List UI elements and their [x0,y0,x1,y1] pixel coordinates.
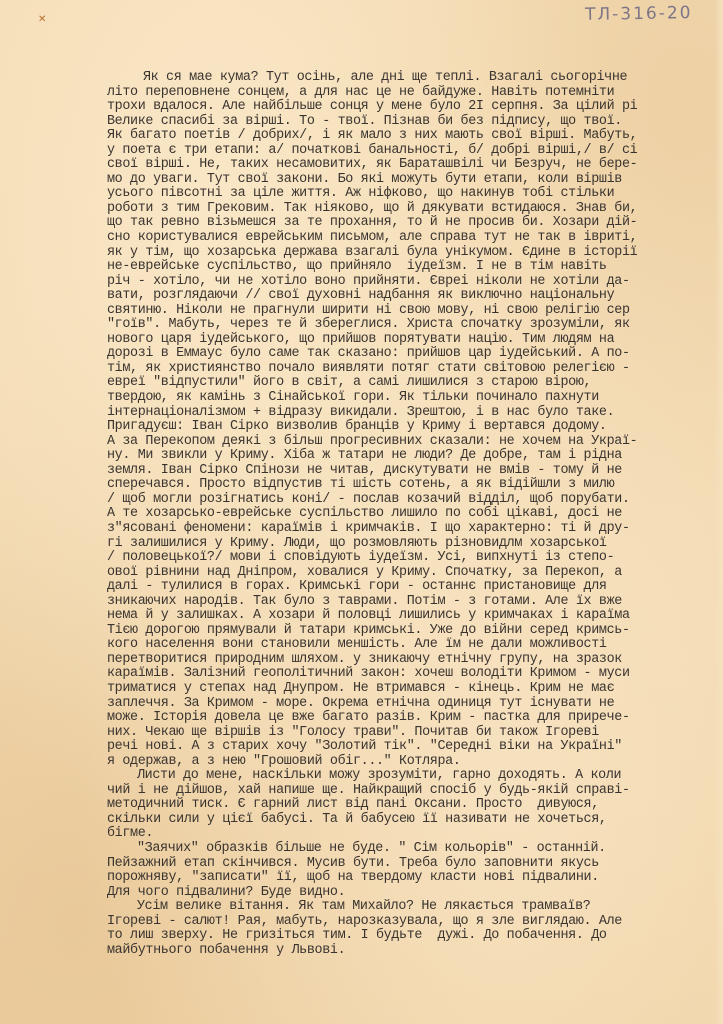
text-line: Для чого підвалини? Буде видно. [0,886,637,901]
text-line: "Заячих" образків більше не буде. " Сім … [0,842,637,857]
text-line: Ігореві - салют! Рая, мабуть, нарозказув… [0,915,637,930]
text-line: / щоб могли розігнатись коні/ - послав к… [0,493,637,508]
text-line: літо переповнене сонцем, а для нас це не… [0,86,637,101]
text-line: трохи вдалося. Але найбільше сонця у мен… [0,100,637,115]
text-line: дорозі в Еммаус було саме так сказано: п… [0,347,637,362]
text-line: сно користувалися еврейським письмом, ал… [0,231,637,246]
text-line: скільки сили у цієї бабусі. Та й бабусею… [0,813,637,828]
text-line: ової рівнини над Дніпром, ховалися у Кри… [0,566,637,581]
text-line: тім, як християнство почало виявляти пот… [0,362,637,377]
margin-ink-mark: ✕ [38,14,46,22]
text-line: "гоїв". Мабуть, через те й збереглися. Х… [0,318,637,333]
text-line: Листи до мене, наскільки можу зрозуміти,… [0,769,637,784]
text-line: Велике спасибі за вірші. То - твої. Пізн… [0,115,637,130]
text-line: то лиш зверху. Не гризіться тим. І будьт… [0,929,637,944]
text-line: заплеччя. За Кримом - море. Окрема етніч… [0,697,637,712]
archive-code: ТЛ-316-20 [585,3,693,25]
text-line: А те хозарсько-еврейське суспільство лиш… [0,507,637,522]
text-line: земля. Іван Сірко Спінози не читав, диск… [0,464,637,479]
text-line: сперечався. Просто відпустив ті шість со… [0,478,637,493]
text-line: / половецької?/ мови і сповідують іудеїз… [0,551,637,566]
text-line: Усім велике вітання. Як там Михайло? Не … [0,900,637,915]
text-line: А за Перекопом деякі з більш прогресивни… [0,435,637,450]
text-line: річ - хотіло, чи не хотіло воно прийняти… [0,275,637,290]
text-line: бігме. [0,827,637,842]
text-line: методичний тиск. Є гарний лист від пані … [0,798,637,813]
text-line: що так ревно візьмешся за те прохання, т… [0,216,637,231]
text-line: майбутнього побачення у Львові. [0,944,637,959]
text-line: них. Чекаю ще віршів із "Голосу трави". … [0,726,637,741]
text-line: роботи з тим Грековим. Так ніяково, що й… [0,202,637,217]
paper-edge [715,0,723,1024]
text-line: Тією дорогою прямували й татари кримські… [0,624,637,639]
text-line: усього півсотні за ціле життя. Аж ніфков… [0,187,637,202]
text-line: нового царя іудейського, що прийшов поря… [0,333,637,348]
text-line: я одержав, а з нею "Грошовий обіг..." Ко… [0,755,637,770]
text-line: зникаючих народів. Так було з таврами. П… [0,595,637,610]
text-line: кого населення вони становили меншість. … [0,638,637,653]
text-line: еврeї "відпустили" його в світ, а самі л… [0,376,637,391]
text-line: триматися у степах над Днупром. Не втрим… [0,682,637,697]
text-line: речі нові. А з старих хочу "Золотий тік"… [0,740,637,755]
text-line: твердою, як камінь з Сінайської гори. Як… [0,391,637,406]
text-line: гі залишилися у Криму. Люди, що розмовля… [0,537,637,552]
text-line: Пейзажний етап скінчився. Мусив бути. Тр… [0,857,637,872]
text-line: у поета є три етапи: а/ початкові баналь… [0,144,637,159]
letter-page: ✕ ТЛ-316-20 Як ся мае кума? Тут осінь, а… [0,0,723,1024]
text-line: інтернаціоналізмом + відразу викидали. З… [0,406,637,421]
text-line: Пригадуєш: Іван Сірко визволив бранців у… [0,420,637,435]
text-line: далі - тулилися в горах. Кримські гори -… [0,580,637,595]
text-line: порожняву, "записати" її, щоб на твердом… [0,871,637,886]
text-line: перетворитися природним шляхом. у зникаю… [0,653,637,668]
text-line: Як багато поетів / добрих/, і як мало з … [0,129,637,144]
text-line: чий і не дійшов, хай напише ще. Найкращи… [0,784,637,799]
text-line: свої вірші. Не, таких несамовитих, як Ба… [0,158,637,173]
text-line: нема й у залишках. А хозари й половці ли… [0,609,637,624]
text-line: може. Історія довела це вже багато разів… [0,711,637,726]
text-line: не-еврейське суспільство, що прийняло іу… [0,260,637,275]
text-line: як у тім, що хозарська держава взагалі б… [0,246,637,261]
text-line: вати, розглядаючи // свої духовні надбан… [0,289,637,304]
text-line: ну. Ми звикли у Криму. Хіба ж татари не … [0,449,637,464]
text-line: мо до уваги. Тут свої закони. Бо які мож… [0,173,637,188]
text-line: з"ясовані феномени: караїмів і кримчаків… [0,522,637,537]
text-line: святиню. Ніколи не прагнули ширити ні св… [0,304,637,319]
text-line: караїмів. Залізний геополітичний закон: … [0,667,637,682]
typewritten-letter-body: Як ся мае кума? Тут осінь, але дні ще те… [0,71,637,958]
text-line: Як ся мае кума? Тут осінь, але дні ще те… [0,71,637,86]
